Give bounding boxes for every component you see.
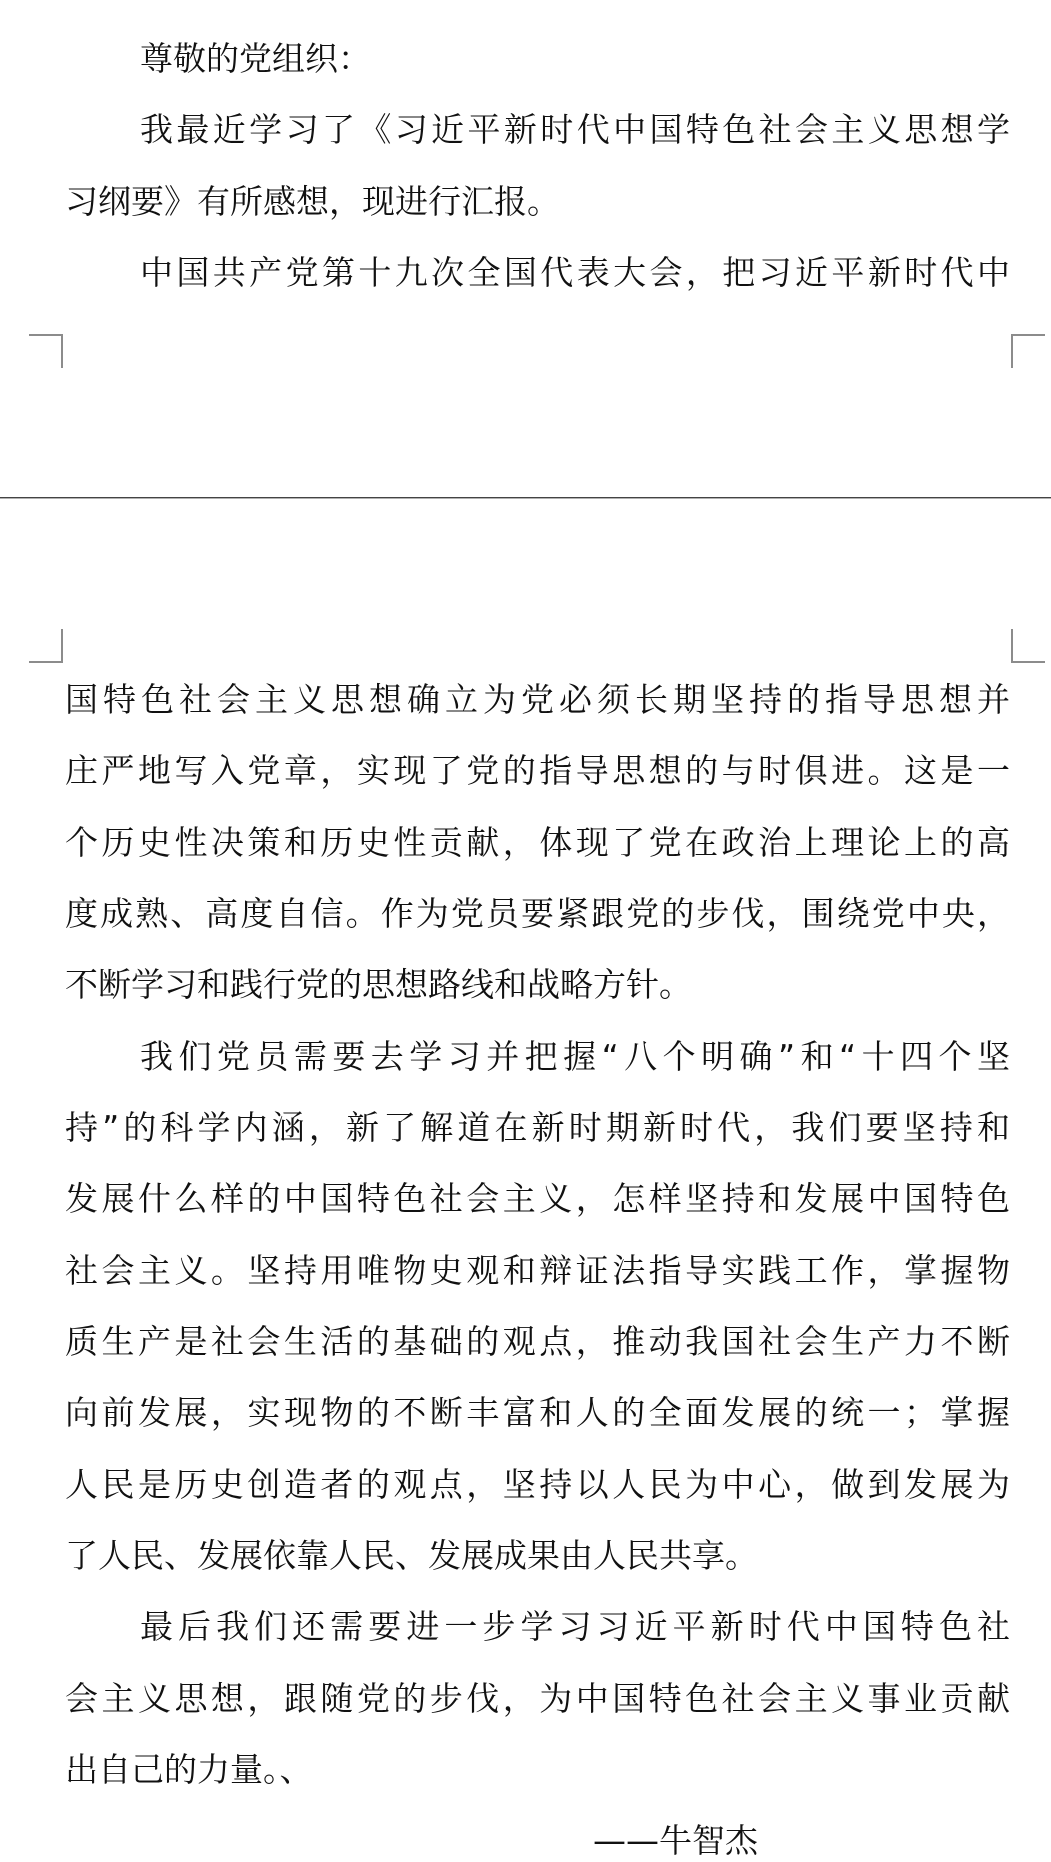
paragraph-line: 国特色社会主义思想确立为党必须长期坚持的指导思想并 — [65, 680, 1010, 720]
paragraph-line: 我们党员需要去学习并把握“八个明确”和“十四个坚 — [140, 1037, 1010, 1077]
margin-corner-mark-top-left — [29, 629, 63, 663]
paragraph-line: 了人民、发展依靠人民、发展成果由人民共享。 — [65, 1536, 1010, 1576]
paragraph-line: 习纲要》有所感想，现进行汇报。 — [65, 182, 1010, 222]
paragraph-line: 最后我们还需要进一步学习习近平新时代中国特色社 — [140, 1607, 1010, 1647]
paragraph-line: 发展什么样的中国特色社会主义，怎样坚持和发展中国特色 — [65, 1179, 1010, 1219]
signature: ——牛智杰 — [593, 1821, 893, 1861]
paragraph-line: 人民是历史创造者的观点，坚持以人民为中心，做到发展为 — [65, 1465, 1010, 1505]
page-break-separator — [0, 497, 1051, 499]
paragraph-line: 个历史性决策和历史性贡献，体现了党在政治上理论上的高 — [65, 823, 1010, 863]
paragraph-line: 出自己的力量。、 — [65, 1750, 1010, 1790]
margin-corner-mark-bottom-right — [1011, 334, 1045, 368]
salutation: 尊敬的党组织： — [140, 39, 1010, 79]
margin-corner-mark-bottom-left — [29, 334, 63, 368]
paragraph-line: 中国共产党第十九次全国代表大会，把习近平新时代中 — [140, 253, 1010, 293]
paragraph-line: 度成熟、高度自信。作为党员要紧跟党的步伐，围绕党中央， — [65, 894, 1010, 934]
paragraph-line: 社会主义。坚持用唯物史观和辩证法指导实践工作，掌握物 — [65, 1251, 1010, 1291]
paragraph-line: 庄严地写入党章，实现了党的指导思想的与时俱进。这是一 — [65, 751, 1010, 791]
paragraph-line: 质生产是社会生活的基础的观点，推动我国社会生产力不断 — [65, 1322, 1010, 1362]
paragraph-line: 向前发展，实现物的不断丰富和人的全面发展的统一；掌握 — [65, 1393, 1010, 1433]
paragraph-line: 我最近学习了《习近平新时代中国特色社会主义思想学 — [140, 110, 1010, 150]
margin-corner-mark-top-right — [1011, 629, 1045, 663]
paragraph-line: 持”的科学内涵，新了解道在新时期新时代，我们要坚持和 — [65, 1108, 1010, 1148]
paragraph-line: 不断学习和践行党的思想路线和战略方针。 — [65, 965, 1010, 1005]
paragraph-line: 会主义思想，跟随党的步伐，为中国特色社会主义事业贡献 — [65, 1679, 1010, 1719]
